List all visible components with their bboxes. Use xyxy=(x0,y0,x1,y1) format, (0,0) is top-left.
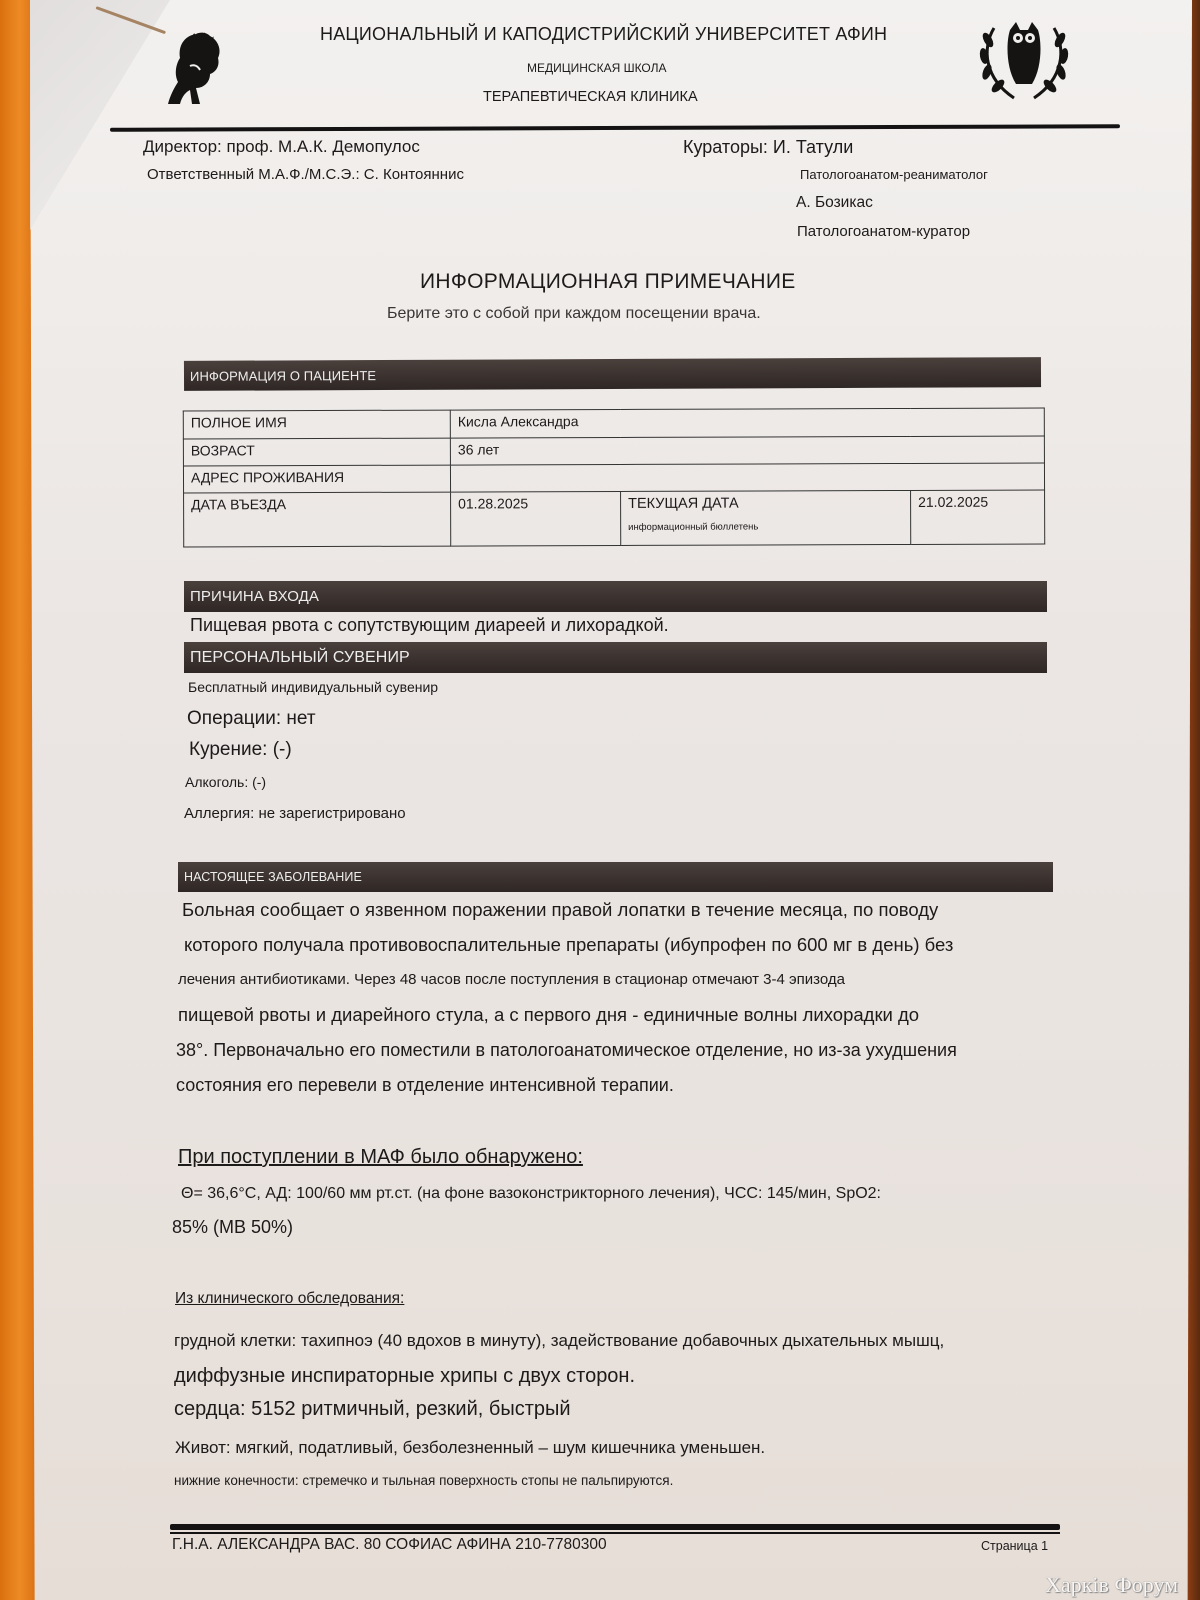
current-date-cell: ТЕКУЩАЯ ДАТА информационный бюллетень xyxy=(621,490,911,545)
university-name: НАЦИОНАЛЬНЫЙ И КАПОДИСТРИЙСКИЙ УНИВЕРСИТ… xyxy=(320,24,887,45)
exam-line-chest-cont: диффузные инспираторные хрипы с двух сто… xyxy=(174,1365,635,1388)
curators-label: Кураторы: И. Татули xyxy=(683,137,853,158)
current-date-note: информационный бюллетень xyxy=(628,521,903,533)
illness-text-line: лечения антибиотиками. Через 48 часов по… xyxy=(178,971,845,988)
school-name: МЕДИЦИНСКАЯ ШКОЛА xyxy=(527,61,667,75)
history-note: Бесплатный индивидуальный сувенир xyxy=(188,679,438,695)
field-value-age: 36 лет xyxy=(450,436,1044,465)
vitals-line: 85% (МВ 50%) xyxy=(172,1217,293,1238)
field-value-current-date: 21.02.2025 xyxy=(911,490,1045,544)
section-header-personal-history: ПЕРСОНАЛЬНЫЙ СУВЕНИР xyxy=(184,642,1047,673)
field-label: ПОЛНОЕ ИМЯ xyxy=(183,410,450,439)
footer-divider-thin xyxy=(170,1532,1060,1534)
clinic-name: ТЕРАПЕВТИЧЕСКАЯ КЛИНИКА xyxy=(483,89,698,105)
field-label: ВОЗРАСТ xyxy=(183,438,450,466)
section-header-present-illness: НАСТОЯЩЕЕ ЗАБОЛЕВАНИЕ xyxy=(178,862,1053,892)
operations-status: Операции: нет xyxy=(187,708,316,730)
admission-findings-heading: При поступлении в МАФ было обнаружено: xyxy=(178,1146,583,1169)
curator2-name: А. Бозикас xyxy=(796,194,873,212)
director-name: Директор: проф. М.А.К. Демопулос xyxy=(143,137,420,157)
section-header-patient-info: ИНФОРМАЦИЯ О ПАЦИЕНТЕ xyxy=(184,357,1041,391)
field-value-admission-date: 01.28.2025 xyxy=(451,491,621,546)
illness-text-line: которого получала противовоспалительные … xyxy=(184,934,953,956)
smoking-status: Курение: (-) xyxy=(189,739,292,761)
athena-head-logo-icon xyxy=(166,30,226,105)
exam-line-chest: грудной клетки: тахипноэ (40 вдохов в ми… xyxy=(174,1331,944,1351)
clinical-exam-heading: Из клинического обследования: xyxy=(175,1290,404,1308)
alcohol-status: Алкоголь: (-) xyxy=(185,774,266,790)
current-date-label: ТЕКУЩАЯ ДАТА xyxy=(628,496,739,512)
admission-reason-text: Пищевая рвота с сопутствующим диареей и … xyxy=(190,615,669,636)
curator1-role: Патологоанатом-реаниматолог xyxy=(800,167,988,182)
table-row: ПОЛНОЕ ИМЯ Кисла Александра xyxy=(183,408,1044,439)
document-title: ИНФОРМАЦИОННАЯ ПРИМЕЧАНИЕ xyxy=(420,270,796,294)
vitals-line: Θ= 36,6°C, АД: 100/60 мм рт.ст. (на фоне… xyxy=(181,1185,881,1203)
watermark: Харків Форум xyxy=(1045,1572,1178,1598)
paper-sheet xyxy=(30,0,1192,1600)
page-number: Страница 1 xyxy=(981,1539,1048,1553)
table-row: ДАТА ВЪЕЗДА 01.28.2025 ТЕКУЩАЯ ДАТА инфо… xyxy=(184,490,1045,547)
table-row: АДРЕС ПРОЖИВАНИЯ xyxy=(183,463,1044,493)
illness-text-line: 38°. Первоначально его поместили в патол… xyxy=(176,1040,957,1061)
footer-divider xyxy=(170,1524,1060,1530)
patient-info-table: ПОЛНОЕ ИМЯ Кисла Александра ВОЗРАСТ 36 л… xyxy=(183,407,1045,547)
field-value-full-name: Кисла Александра xyxy=(450,408,1044,438)
field-value-address xyxy=(450,463,1044,492)
exam-line-abdomen: Живот: мягкий, податливый, безболезненны… xyxy=(175,1438,765,1458)
allergy-status: Аллергия: не зарегистрировано xyxy=(184,805,406,822)
table-row: ВОЗРАСТ 36 лет xyxy=(183,436,1044,466)
field-label: ДАТА ВЪЕЗДА xyxy=(184,492,451,547)
illness-text-line: состояния его перевели в отделение интен… xyxy=(176,1075,674,1096)
exam-line-heart: сердца: 5152 ритмичный, резкий, быстрый xyxy=(174,1398,571,1421)
section-header-admission-reason: ПРИЧИНА ВХОДА xyxy=(184,581,1047,612)
responsible-person: Ответственный М.А.Ф./М.С.Э.: С. Контоянн… xyxy=(147,166,464,183)
illness-text-line: Больная сообщает о язвенном поражении пр… xyxy=(182,899,938,921)
field-label: АДРЕС ПРОЖИВАНИЯ xyxy=(183,465,450,493)
illness-text-line: пищевой рвоты и диарейного стула, а с пе… xyxy=(178,1004,919,1026)
exam-line-extremities: нижние конечности: стремечко и тыльная п… xyxy=(174,1473,673,1488)
document-subtitle: Берите это с собой при каждом посещении … xyxy=(387,305,761,323)
curator2-role: Патологоанатом-куратор xyxy=(797,223,970,240)
owl-laurel-logo-icon xyxy=(974,18,1074,103)
footer-address: Г.Н.А. АЛЕКСАНДРА ВАС. 80 СОФИАС АФИНА 2… xyxy=(172,1536,607,1554)
